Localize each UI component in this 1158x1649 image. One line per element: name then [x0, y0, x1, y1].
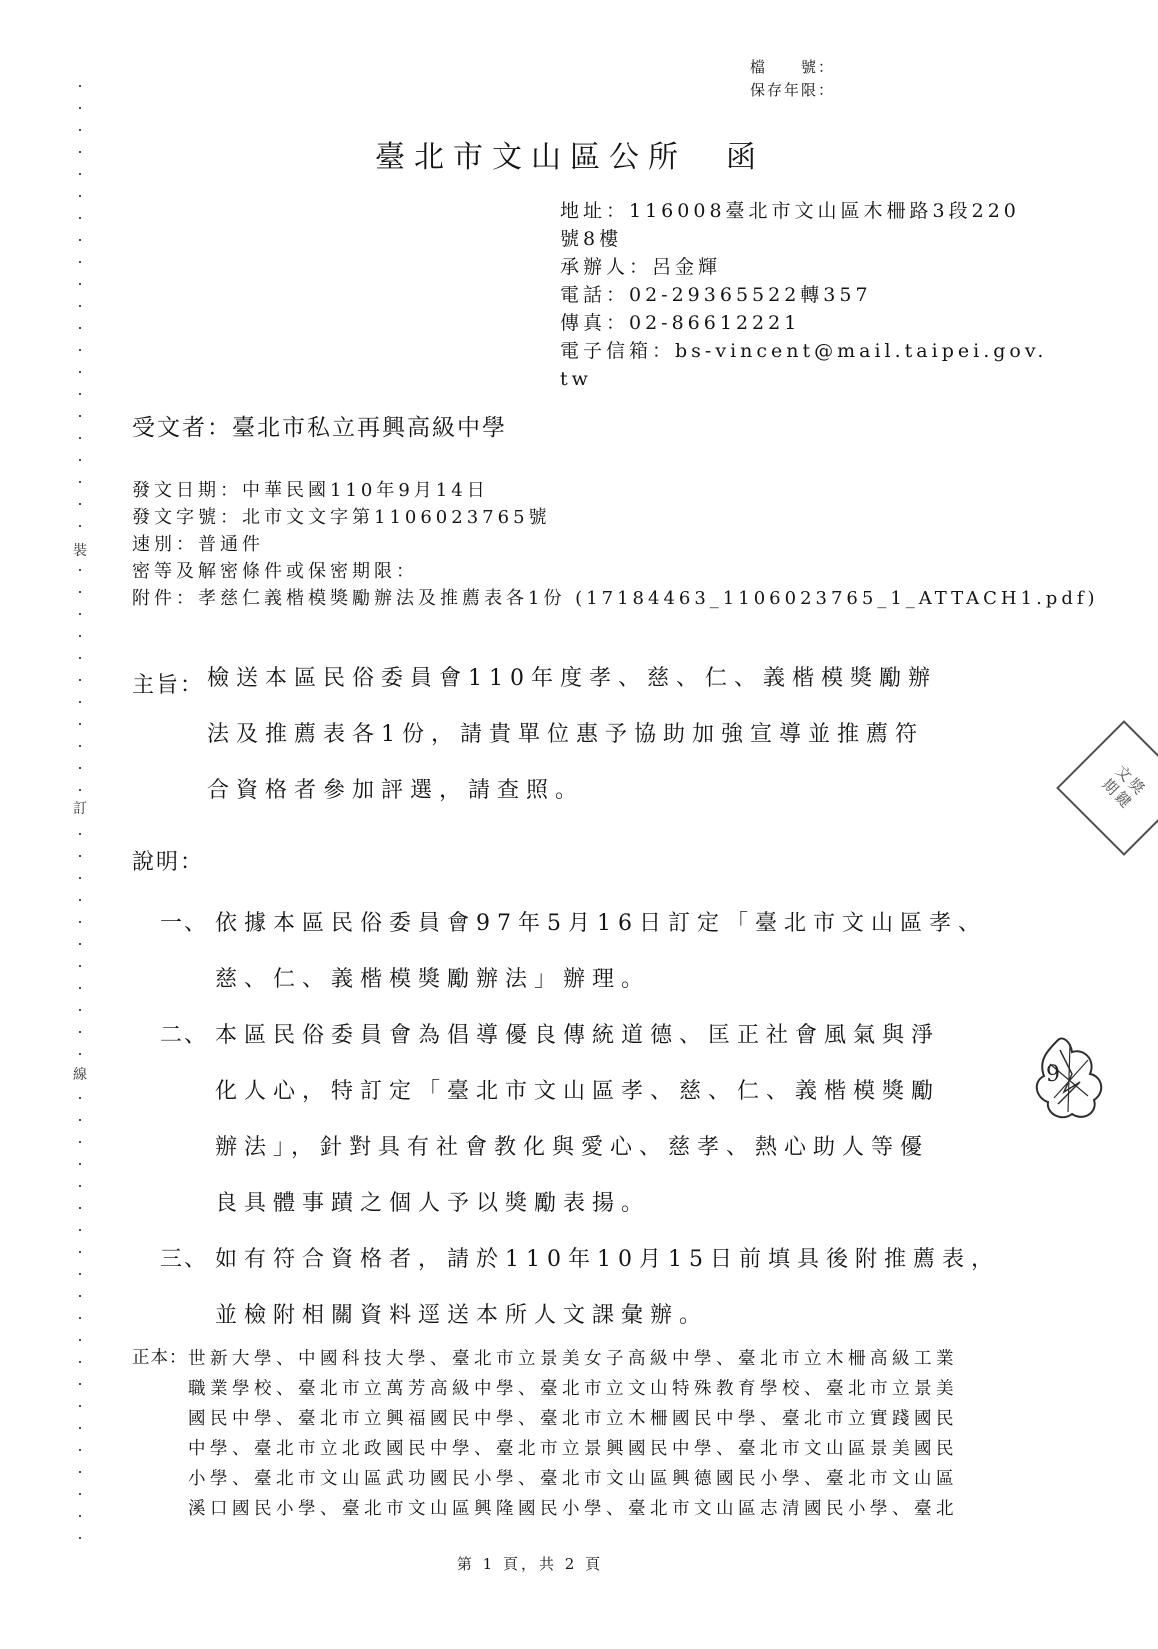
sender-contact-block: 地址：116008臺北市文山區木柵路3段220 號8樓 承辦人：呂金輝 電話：0…: [560, 197, 1047, 393]
page-mark-digit: 9: [1046, 1062, 1060, 1087]
copy-to-line: 世新大學、中國科技大學、臺北市立景美女子高級中學、臺北市立木柵高級工業: [188, 1344, 958, 1374]
item-line: 辦法」，針對具有社會教化與愛心、慈孝、熱心助人等優: [215, 1120, 1060, 1176]
file-number-label: 檔 號：: [750, 56, 835, 79]
item-line: 依據本區民俗委員會97年5月16日訂定「臺北市文山區孝、: [215, 896, 1060, 952]
issue-date-line: 發文日期：中華民國110年9月14日: [132, 477, 1099, 504]
sender-fax: 傳真：02-86612221: [560, 309, 1047, 337]
item-number: 二、: [160, 1008, 208, 1064]
document-meta-block: 發文日期：中華民國110年9月14日 發文字號：北市文文字第1106023765…: [132, 477, 1099, 612]
retention-period-label: 保存年限：: [750, 79, 835, 102]
official-letter-page: 檔 號： 保存年限： 臺北市文山區公所 函 地址：116008臺北市文山區木柵路…: [0, 0, 1158, 1649]
speed-class-line: 速別：普通件: [132, 531, 1099, 558]
binding-char-zhuang: 裝: [68, 538, 92, 562]
sender-address-line2: 號8樓: [560, 225, 1047, 253]
item-text: 依據本區民俗委員會97年5月16日訂定「臺北市文山區孝、 慈、仁、義楷模獎勵辦法…: [215, 896, 1060, 1008]
crumple-mark-icon: [1028, 1032, 1108, 1128]
issue-number-line: 發文字號：北市文文字第1106023765號: [132, 504, 1099, 531]
sender-email-line2: tw: [560, 365, 1047, 393]
item-text: 如有符合資格者，請於110年10月15日前填具後附推薦表， 並檢附相關資料逕送本…: [215, 1232, 1060, 1344]
description-label: 說明：: [132, 845, 204, 876]
item-line: 良具體事蹟之個人予以獎勵表揚。: [215, 1176, 1060, 1232]
copy-to-line: 中學、臺北市立北政國民中學、臺北市立景興國民中學、臺北市文山區景美國民: [188, 1434, 958, 1464]
item-line: 如有符合資格者，請於110年10月15日前填具後附推薦表，: [215, 1232, 1060, 1288]
sender-email-line1: 電子信箱：bs-vincent@mail.taipei.gov.: [560, 337, 1047, 365]
copy-to-label: 正本：: [132, 1344, 188, 1369]
item-line: 慈、仁、義楷模獎勵辦法」辦理。: [215, 952, 1060, 1008]
copy-to-line: 溪口國民小學、臺北市文山區興隆國民小學、臺北市文山區志清國民小學、臺北: [188, 1494, 958, 1524]
copy-to-line: 職業學校、臺北市立萬芳高級中學、臺北市立文山特殊教育學校、臺北市立景美: [188, 1374, 958, 1404]
description-item-3: 三、 如有符合資格者，請於110年10月15日前填具後附推薦表， 並檢附相關資料…: [160, 1232, 1060, 1344]
sender-phone: 電話：02-29365522轉357: [560, 281, 1047, 309]
copy-to-list: 世新大學、中國科技大學、臺北市立景美女子高級中學、臺北市立木柵高級工業 職業學校…: [188, 1344, 958, 1524]
security-class-line: 密等及解密條件或保密期限：: [132, 558, 1099, 585]
sender-contact-person: 承辦人：呂金輝: [560, 253, 1047, 281]
recipient-line: 受文者：臺北市私立再興高級中學: [132, 409, 507, 442]
subject-line: 檢送本區民俗委員會110年度孝、慈、仁、義楷模獎勵辦: [207, 651, 937, 707]
item-line: 化人心，特訂定「臺北市文山區孝、慈、仁、義楷模獎勵: [215, 1064, 1060, 1120]
subject-label: 主旨：: [132, 668, 204, 699]
document-title: 臺北市文山區公所 函: [0, 132, 1140, 176]
binding-char-ding: 訂: [68, 796, 92, 820]
receipt-stamp-icon: 文獎 期鍵: [1056, 720, 1158, 856]
item-text: 本區民俗委員會為倡導優良傳統道德、匡正社會風氣與淨 化人心，特訂定「臺北市文山區…: [215, 1008, 1060, 1232]
file-header-block: 檔 號： 保存年限：: [750, 56, 835, 102]
subject-text: 檢送本區民俗委員會110年度孝、慈、仁、義楷模獎勵辦 法及推薦表各1份，請貴單位…: [207, 651, 937, 819]
subject-line: 合資格者參加評選，請查照。: [207, 763, 937, 819]
description-item-2: 二、 本區民俗委員會為倡導優良傳統道德、匡正社會風氣與淨 化人心，特訂定「臺北市…: [160, 1008, 1060, 1232]
item-line: 本區民俗委員會為倡導優良傳統道德、匡正社會風氣與淨: [215, 1008, 1060, 1064]
item-number: 三、: [160, 1232, 208, 1288]
sender-address-line1: 地址：116008臺北市文山區木柵路3段220: [560, 197, 1047, 225]
copy-to-line: 小學、臺北市文山區武功國民小學、臺北市文山區興德國民小學、臺北市文山區: [188, 1464, 958, 1494]
binding-char-xian: 線: [68, 1062, 92, 1086]
subject-line: 法及推薦表各1份，請貴單位惠予協助加強宣導並推薦符: [207, 707, 937, 763]
description-list: 一、 依據本區民俗委員會97年5月16日訂定「臺北市文山區孝、 慈、仁、義楷模獎…: [160, 896, 1060, 1344]
item-number: 一、: [160, 896, 208, 952]
description-item-1: 一、 依據本區民俗委員會97年5月16日訂定「臺北市文山區孝、 慈、仁、義楷模獎…: [160, 896, 1060, 1008]
attachment-line: 附件：孝慈仁義楷模獎勵辦法及推薦表各1份 (17184463_110602376…: [132, 585, 1099, 612]
copy-to-line: 國民中學、臺北市立興福國民中學、臺北市立木柵國民中學、臺北市立實踐國民: [188, 1404, 958, 1434]
item-line: 並檢附相關資料逕送本所人文課彙辦。: [215, 1288, 1060, 1344]
page-number-footer: 第 1 頁，共 2 頁: [0, 1553, 1060, 1574]
